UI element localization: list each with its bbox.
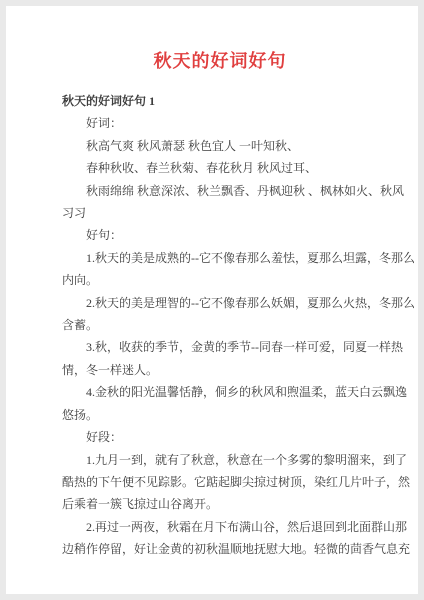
document-body: 秋天的好词好句 1好词：秋高气爽 秋风萧瑟 秋色宜人 一叶知秋、春种秋收、春兰秋… [62,90,408,561]
text-line: 含蓄。 [62,314,408,336]
text-line: 2.再过一两夜，秋霜在月下布满山谷，然后退回到北面群山那 [62,516,408,538]
document-title: 秋天的好词好句 [14,48,424,74]
text-line: 秋高气爽 秋风萧瑟 秋色宜人 一叶知秋、 [62,135,408,157]
text-line: 酷热的下午便不见踪影。它踮起脚尖掠过树顶，染红几片叶子，然 [62,471,408,493]
text-line: 悠扬。 [62,404,408,426]
text-line: 4.金秋的阳光温馨恬静，侗乡的秋风和煦温柔，蓝天白云飘逸 [62,381,408,403]
text-line: 1.九月一到，就有了秋意，秋意在一个多雾的黎明溜来，到了 [62,449,408,471]
text-line: 好句： [62,224,408,246]
text-line: 后乘着一簇飞掠过山谷离开。 [62,493,408,515]
text-line: 好段： [62,426,408,448]
text-line: 秋雨绵绵 秋意深浓、秋兰飘香、丹枫迎秋 、枫林如火、秋风 [62,180,408,202]
text-line: 习习 [62,202,408,224]
text-line: 情，冬一样迷人。 [62,359,408,381]
text-line: 2.秋天的美是理智的--它不像春那么妖媚，夏那么火热，冬那么 [62,292,408,314]
text-line: 边稍作停留，好让金黄的初秋温顺地抚慰大地。轻微的茴香气息充 [62,538,408,560]
section-heading: 秋天的好词好句 1 [62,90,408,112]
text-line: 3.秋，收获的季节，金黄的季节--同春一样可爱，同夏一样热 [62,336,408,358]
text-line: 春种秋收、春兰秋菊、春花秋月 秋风过耳、 [62,157,408,179]
text-line: 1.秋天的美是成熟的--它不像春那么羞怯，夏那么坦露，冬那么 [62,247,408,269]
document-page: 秋天的好词好句 秋天的好词好句 1好词：秋高气爽 秋风萧瑟 秋色宜人 一叶知秋、… [6,6,418,594]
document-page-background: { "window": { "background_color": "#e9e9… [0,0,424,600]
text-line: 好词： [62,112,408,134]
text-line: 内向。 [62,269,408,291]
